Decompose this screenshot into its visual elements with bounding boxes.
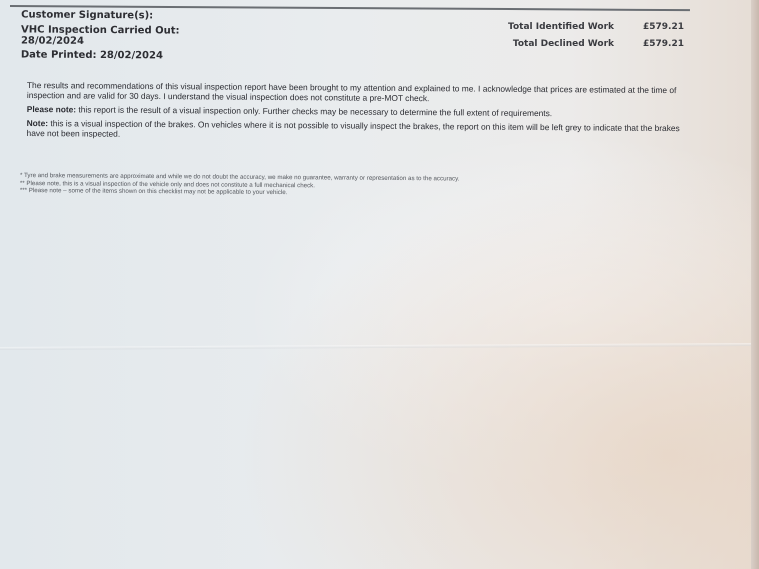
date-printed: Date Printed: 28/02/2024 [21, 49, 180, 61]
total-label: Total Identified Work [490, 22, 614, 32]
date-printed-value: 28/02/2024 [100, 50, 163, 61]
date-printed-label: Date Printed: [21, 49, 97, 61]
total-declined-work-row: Total Declined Work £579.21 [490, 35, 684, 52]
acknowledgement-paragraph: The results and recommendations of this … [27, 80, 687, 105]
total-value: £579.21 [614, 22, 684, 32]
customer-signature-label: Customer Signature(s): [21, 9, 180, 21]
vhc-inspection-date: 28/02/2024 [21, 35, 180, 47]
total-value: £579.21 [614, 39, 684, 49]
total-label: Total Declined Work [490, 39, 614, 49]
paper-edge [751, 0, 759, 569]
please-note-text: this report is the result of a visual in… [76, 104, 552, 118]
brakes-note-paragraph: Note: this is a visual inspection of the… [27, 118, 687, 143]
note-label: Note: [27, 118, 48, 128]
please-note-label: Please note: [27, 104, 76, 114]
vhc-inspection: VHC Inspection Carried Out: 28/02/2024 [21, 24, 180, 47]
total-identified-work-row: Total Identified Work £579.21 [490, 18, 684, 35]
work-totals: Total Identified Work £579.21 Total Decl… [490, 18, 684, 52]
terms-section: The results and recommendations of this … [27, 80, 687, 147]
note-text: this is a visual inspection of the brake… [27, 118, 680, 139]
please-note-paragraph: Please note: this report is the result o… [27, 104, 687, 119]
inspection-info: Customer Signature(s): VHC Inspection Ca… [21, 9, 180, 65]
